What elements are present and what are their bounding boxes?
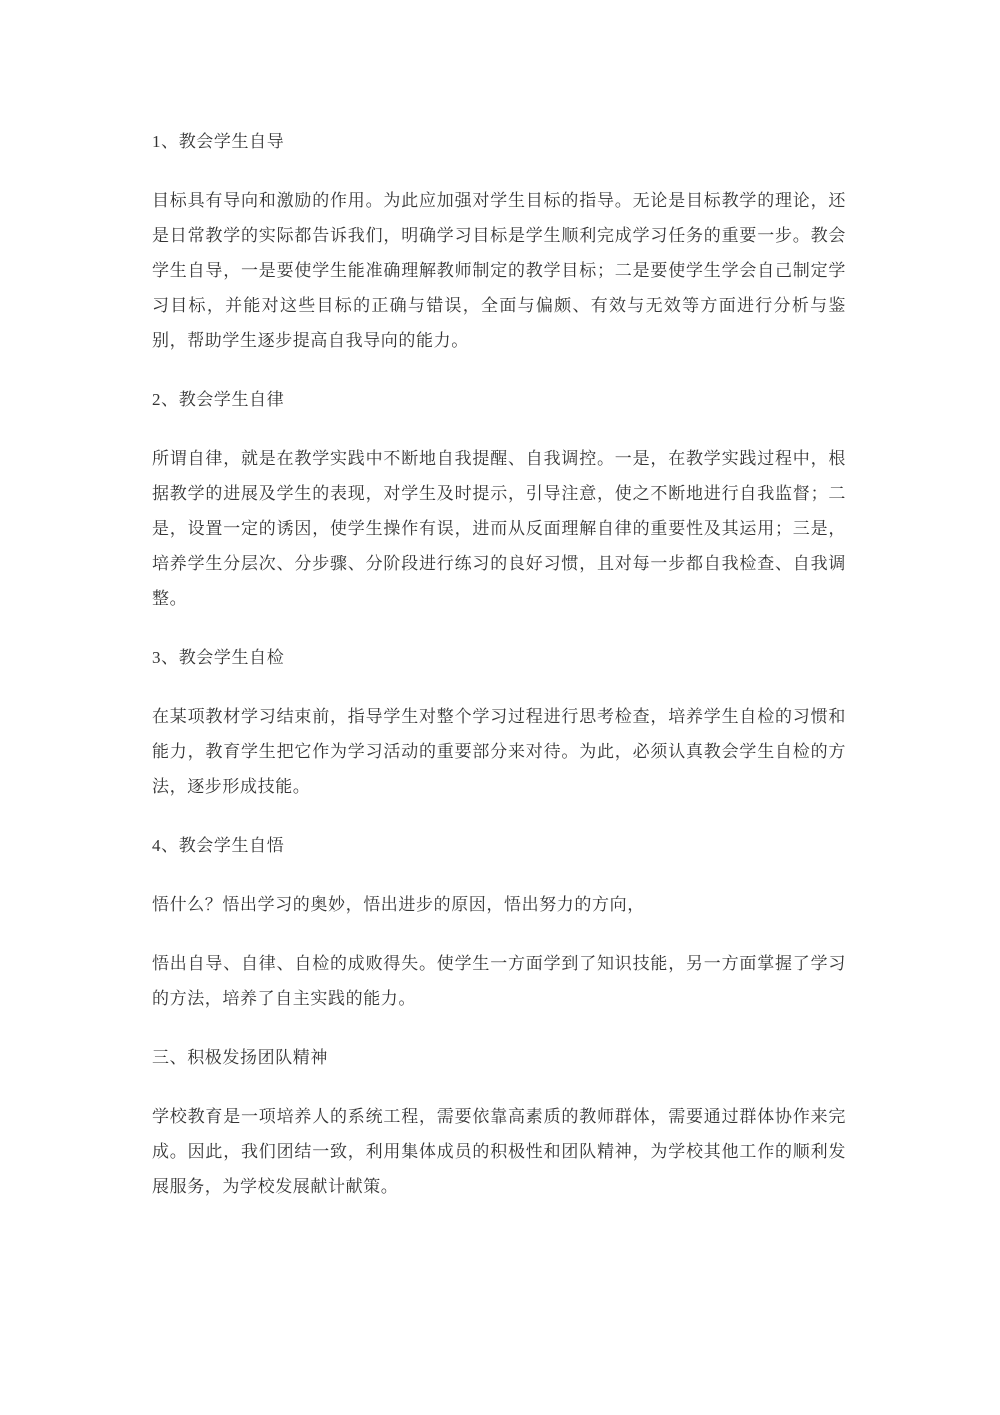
document-paragraph: 悟什么？悟出学习的奥妙，悟出进步的原因，悟出努力的方向， <box>152 887 846 922</box>
document-heading: 2、教会学生自律 <box>152 382 846 417</box>
document-paragraph: 所谓自律，就是在教学实践中不断地自我提醒、自我调控。一是，在教学实践过程中，根据… <box>152 441 846 616</box>
document-paragraph: 学校教育是一项培养人的系统工程，需要依靠高素质的教师群体，需要通过群体协作来完成… <box>152 1099 846 1204</box>
document-heading: 4、教会学生自悟 <box>152 828 846 863</box>
document-heading: 三、积极发扬团队精神 <box>152 1040 846 1075</box>
document-page: 1、教会学生自导目标具有导向和激励的作用。为此应加强对学生目标的指导。无论是目标… <box>0 0 1000 1415</box>
document-paragraph: 在某项教材学习结束前，指导学生对整个学习过程进行思考检查，培养学生自检的习惯和能… <box>152 699 846 804</box>
document-paragraph: 目标具有导向和激励的作用。为此应加强对学生目标的指导。无论是目标教学的理论，还是… <box>152 183 846 358</box>
document-content: 1、教会学生自导目标具有导向和激励的作用。为此应加强对学生目标的指导。无论是目标… <box>152 124 846 1204</box>
document-heading: 3、教会学生自检 <box>152 640 846 675</box>
document-heading: 1、教会学生自导 <box>152 124 846 159</box>
document-paragraph: 悟出自导、自律、自检的成败得失。使学生一方面学到了知识技能，另一方面掌握了学习的… <box>152 946 846 1016</box>
